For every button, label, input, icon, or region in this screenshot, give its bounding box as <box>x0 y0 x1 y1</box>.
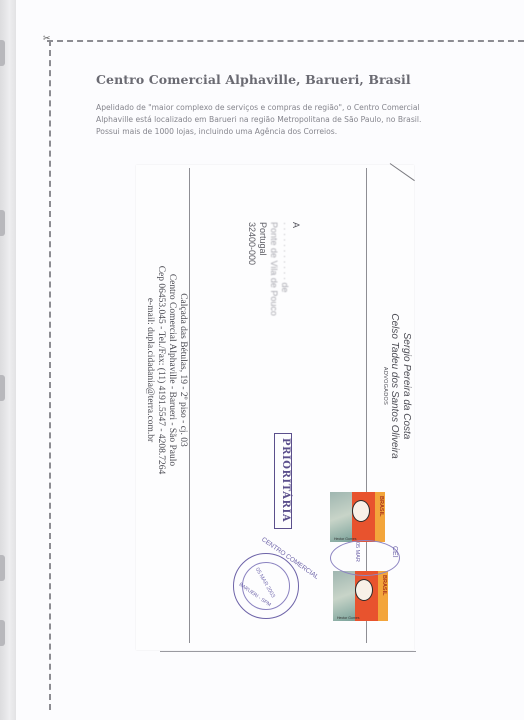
recipient-line-obscured: · · · · · · · · · · · de <box>279 222 290 316</box>
stamp-country-strip: BRASIL <box>375 492 385 542</box>
recipient-prefix: A <box>290 222 301 316</box>
binder-hole <box>0 210 5 236</box>
envelope-fold-line <box>189 168 190 643</box>
stamp-figure-icon <box>352 500 370 522</box>
binder-hole <box>0 620 5 646</box>
sender-line: Centro Comercial Alphaville - Barueri - … <box>166 250 177 490</box>
cut-line-top <box>47 40 524 42</box>
stamp-country: BRASIL <box>381 575 387 595</box>
binder-hole <box>0 375 5 401</box>
recipient-postal-code: 32400-000 <box>246 222 257 316</box>
priority-stamp-text: PRIORITÁRIA <box>280 438 291 522</box>
binder-hole <box>0 40 5 66</box>
recipient-line-obscured: Ponte de Vila de Pouco <box>268 222 279 316</box>
recipient-address: A · · · · · · · · · · · de Ponte de Vila… <box>246 222 301 316</box>
postage-stamp: BRASIL Hector Gomes <box>333 571 388 621</box>
stamp-artwork <box>330 492 352 542</box>
lawyers-letterhead: Sergio Pereira da Costa Celso Tadeu dos … <box>381 286 412 486</box>
stamp-artwork <box>333 571 355 621</box>
postmark: CENTRO COMERCIAL BARUERI - SPM 05 MAR 20… <box>233 553 299 619</box>
cancellation-date: 05 MAR <box>354 542 360 562</box>
cut-line-left <box>49 40 51 710</box>
binder-hole <box>0 555 5 581</box>
lawyer-name: Celso Tadeu dos Santos Oliveira <box>389 286 401 486</box>
sender-line: Cep 06453.045 - Tel./Fax: (11) 4191.5547… <box>155 250 166 490</box>
page-title: Centro Comercial Alphaville, Barueri, Br… <box>96 72 411 87</box>
sender-line: e-mail: dupla.cidadania@terra.com.br <box>144 250 155 490</box>
stamp-figure-icon <box>355 579 373 601</box>
cancellation-mark <box>330 540 400 576</box>
stamp-country-strip: BRASIL <box>378 571 388 621</box>
stamp-country: BRASIL <box>378 496 384 516</box>
recipient-country: Portugal <box>257 222 268 316</box>
lawyer-name: Sergio Pereira da Costa <box>401 286 413 486</box>
priority-stamp: PRIORITÁRIA <box>274 433 292 529</box>
scissors-icon: ✂ <box>43 33 51 44</box>
stamp-caption: Hector Gomes <box>337 616 360 620</box>
binder-strip <box>0 0 17 720</box>
sender-line: Calçada das Bétulas, 19 - 2º piso - cj. … <box>177 250 188 490</box>
sender-address: Calçada das Bétulas, 19 - 2º piso - cj. … <box>144 250 188 490</box>
cancellation-side-text: CEI <box>391 546 398 558</box>
envelope-edge <box>160 651 416 652</box>
lawyers-title: ADVOGADOS <box>381 286 389 486</box>
page-description: Apelidado de "maior complexo de serviços… <box>96 102 436 139</box>
postage-stamp: BRASIL Hector Gomes <box>330 492 385 542</box>
